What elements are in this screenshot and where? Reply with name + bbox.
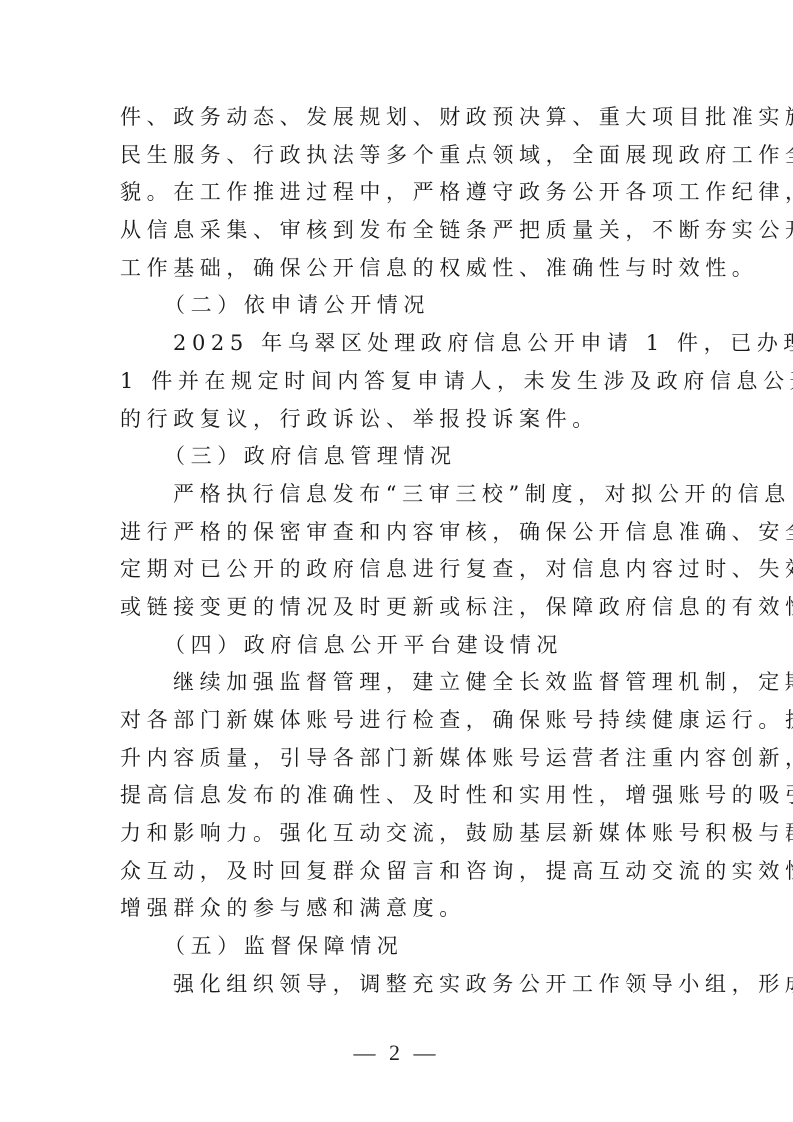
body-line: 貌。在工作推进过程中，严格遵守政务公开各项工作纪律，	[120, 174, 686, 212]
document-page: 件、政务动态、发展规划、财政预决算、重大项目批准实施、 民生服务、行政执法等多个…	[0, 0, 793, 1122]
body-line: 工作基础，确保公开信息的权威性、准确性与时效性。	[120, 250, 686, 288]
body-line: 升内容质量，引导各部门新媒体账号运营者注重内容创新，	[120, 740, 686, 778]
section-heading-5: （五）监督保障情况	[120, 928, 686, 966]
body-line: 从信息采集、审核到发布全链条严把质量关，不断夯实公开	[120, 212, 686, 250]
body-line: 的行政复议，行政诉讼、举报投诉案件。	[120, 401, 686, 439]
paragraph-start: 继续加强监督管理，建立健全长效监督管理机制，定期	[120, 664, 686, 702]
body-line: 进行严格的保密审查和内容审核，确保公开信息准确、安全。	[120, 514, 686, 552]
section-heading-3: （三）政府信息管理情况	[120, 438, 686, 476]
body-line: 对各部门新媒体账号进行检查，确保账号持续健康运行。提	[120, 702, 686, 740]
paragraph-start: 2025 年乌翠区处理政府信息公开申请 1 件，已办理完成	[120, 325, 686, 363]
paragraph-start: 强化组织领导，调整充实政务公开工作领导小组，形成	[120, 966, 686, 1004]
body-line: 力和影响力。强化互动交流，鼓励基层新媒体账号积极与群	[120, 815, 686, 853]
body-line: 件、政务动态、发展规划、财政预决算、重大项目批准实施、	[120, 99, 686, 137]
section-heading-2: （二）依申请公开情况	[120, 287, 686, 325]
paragraph-start: 严格执行信息发布“三审三校”制度，对拟公开的信息	[120, 476, 686, 514]
section-heading-4: （四）政府信息公开平台建设情况	[120, 627, 686, 665]
body-line: 或链接变更的情况及时更新或标注，保障政府信息的有效性。	[120, 589, 686, 627]
document-body: 件、政务动态、发展规划、财政预决算、重大项目批准实施、 民生服务、行政执法等多个…	[120, 99, 686, 1004]
body-line: 提高信息发布的准确性、及时性和实用性，增强账号的吸引	[120, 777, 686, 815]
body-line: 众互动，及时回复群众留言和咨询，提高互动交流的实效性，	[120, 853, 686, 891]
body-line: 增强群众的参与感和满意度。	[120, 890, 686, 928]
body-line: 定期对已公开的政府信息进行复查，对信息内容过时、失效	[120, 551, 686, 589]
page-number: — 2 —	[0, 1040, 793, 1066]
body-line: 民生服务、行政执法等多个重点领域，全面展现政府工作全	[120, 137, 686, 175]
body-line: 1 件并在规定时间内答复申请人，未发生涉及政府信息公开	[120, 363, 686, 401]
